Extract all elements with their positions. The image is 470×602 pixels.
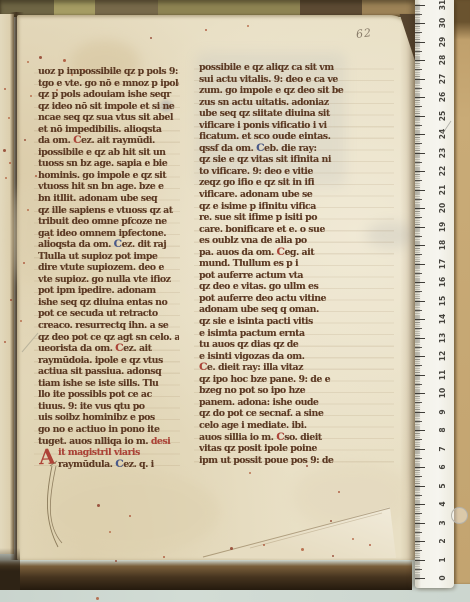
ink-speckle bbox=[306, 465, 308, 467]
ink-speckle bbox=[9, 162, 11, 164]
text-line: vificare. adonam ube se bbox=[199, 189, 349, 201]
ruler-number: 28 bbox=[436, 53, 448, 67]
ruler-cm-tick bbox=[415, 467, 425, 468]
ink-speckle bbox=[97, 504, 100, 507]
ink-text: gat ideo omnem ipfectone. bbox=[38, 228, 166, 239]
ruler-number: 6 bbox=[436, 460, 448, 474]
text-line: bn itllit. adonam ube seq bbox=[38, 193, 179, 205]
text-line: da om. Cez. ait raymūdi. bbox=[38, 135, 179, 147]
text-line: tuget. auos nlliqa io m. desi bbox=[38, 436, 179, 448]
paragraph-mark-blue: C bbox=[115, 458, 123, 470]
text-line: qz sie e qz vitas sit ifinita ni bbox=[199, 154, 349, 166]
ink-speckle bbox=[247, 25, 249, 27]
text-line: qz ille sapiens e vtuoss qz at bbox=[38, 205, 179, 217]
ink-speckle bbox=[23, 262, 25, 264]
ruler-cm-tick bbox=[415, 523, 425, 524]
ruler-cm-tick bbox=[415, 153, 425, 154]
text-line: zum. go impole e qz deo sit be bbox=[199, 85, 349, 97]
ink-text: qz ipo hoc bze pane. 9: de e bbox=[199, 374, 330, 385]
rubric-text: it magistril viaris bbox=[58, 447, 140, 458]
ink-text: qz deo pot ce qz agt sn celo. a bbox=[38, 332, 179, 343]
ruler-number: 25 bbox=[436, 109, 448, 123]
ink-speckle bbox=[71, 74, 73, 76]
ruler-number: 9 bbox=[436, 405, 448, 419]
text-line: qz deo pot ce qz agt sn celo. a bbox=[38, 332, 179, 344]
rubric-initial: A bbox=[39, 447, 56, 468]
ruler-half-cm-tick bbox=[415, 180, 422, 181]
ink-text: qz sie e qz vitas sit ifinita ni bbox=[199, 154, 331, 165]
ruler-number: 23 bbox=[436, 146, 448, 160]
ruler-half-cm-tick bbox=[415, 532, 422, 533]
text-line: alioqsta da om. Cez. dit raj bbox=[38, 239, 179, 251]
ruler-half-cm-tick bbox=[415, 550, 422, 551]
text-line: zeqz go ifio e qz sit in ifi bbox=[199, 177, 349, 189]
text-line: ube seq qz siitate diuina sit bbox=[199, 108, 349, 120]
text-line: ficatum. et sco oude eintas. bbox=[199, 131, 349, 143]
ink-text: so. dieit bbox=[284, 432, 321, 443]
text-line: qz e isime p ifinitu vifica bbox=[199, 201, 349, 213]
text-line: qssf da om. Ceb. die ray: bbox=[199, 143, 349, 155]
ruler-half-cm-tick bbox=[415, 439, 422, 440]
text-line: panem. adona: ishe oude bbox=[199, 397, 349, 409]
text-line: raymūdula. Cez. q. i bbox=[38, 459, 179, 471]
ink-text: to vificare. 9: deo e vitie bbox=[199, 166, 313, 177]
text-line: uis soibz hominibz e pos bbox=[38, 412, 179, 424]
text-line: tgo e vte. go nō e mnoz p ipole bbox=[38, 78, 179, 90]
ruler-half-cm-tick bbox=[415, 273, 422, 274]
ruler-cm-tick bbox=[415, 116, 425, 117]
board-edge bbox=[454, 0, 470, 584]
ink-speckle bbox=[27, 209, 29, 211]
text-line: e isinti vigozas da om. bbox=[199, 351, 349, 363]
ink-speckle bbox=[263, 544, 265, 546]
text-line: actiua sit passiua. adonsq bbox=[38, 366, 179, 378]
ink-text: da om. bbox=[38, 135, 73, 146]
text-line: e isimta pactum ernta bbox=[199, 328, 349, 340]
ruler-half-cm-tick bbox=[415, 143, 422, 144]
text-line: creaco. resurrectq ihn. a se bbox=[38, 320, 179, 332]
manuscript-photo: uoz p impossibile qz p pols 9:tgo e vte.… bbox=[0, 0, 470, 602]
text-line: bzeg no pot so ipo hze bbox=[199, 385, 349, 397]
ruler-cm-tick bbox=[415, 79, 425, 80]
bottom-left-shadow bbox=[0, 548, 20, 590]
text-line: raymūdoia. ipole e qz vtus bbox=[38, 355, 179, 367]
ruler-number: 29 bbox=[436, 35, 448, 49]
ink-text: llo ite possibls pot ce ac bbox=[38, 389, 152, 400]
ruler-cm-tick bbox=[415, 319, 425, 320]
ink-text: tiam ishe se iste sills. Tlu bbox=[38, 378, 158, 389]
ink-speckle bbox=[109, 531, 111, 533]
ink-text: pa. auos da om. bbox=[199, 247, 277, 258]
ink-text: sui actu vitalis. 9: deo e ca ve bbox=[199, 74, 338, 85]
paragraph-mark-red: C bbox=[115, 342, 123, 354]
text-line: adonam ube seq q oman. bbox=[199, 304, 349, 316]
text-line: qz ideo nō sit impole et si ne bbox=[38, 101, 179, 113]
ruler-cm-tick bbox=[415, 449, 425, 450]
ink-speckle bbox=[35, 175, 37, 177]
ink-speckle bbox=[20, 320, 22, 322]
ink-text: bn itllit. adonam ube seq bbox=[38, 193, 157, 204]
ruler-number: 18 bbox=[436, 238, 448, 252]
ink-speckle bbox=[205, 29, 207, 31]
ruler-number: 0 bbox=[436, 571, 448, 585]
ruler-cm-tick bbox=[415, 393, 425, 394]
ink-text: Tlulla ut supioz pot impe bbox=[38, 251, 157, 262]
text-line: tribuit deo omne pfcoze ne bbox=[38, 216, 179, 228]
ink-text: et nō impedibilis. alioqsta bbox=[38, 124, 161, 135]
parchment-stain bbox=[40, 470, 220, 555]
ink-text: qz e isime p ifinitu vifica bbox=[199, 201, 316, 212]
ink-text: uoz p impossibile qz p pols 9: bbox=[38, 66, 178, 77]
rubric-text: desi bbox=[151, 436, 170, 447]
ruler-cm-tick bbox=[415, 504, 425, 505]
right-text-column: possibile e qz aliqz ca sit vmsui actu v… bbox=[199, 62, 349, 468]
ruler-half-cm-tick bbox=[415, 88, 422, 89]
ink-text: care. bonificare et e. o sue bbox=[199, 224, 325, 235]
ink-text: bzeg no pot so ipo hze bbox=[199, 385, 305, 396]
ruler-number: 3 bbox=[436, 516, 448, 530]
ruler-cm-tick bbox=[415, 5, 425, 6]
ink-speckle bbox=[332, 555, 334, 557]
ruler-half-cm-tick bbox=[415, 569, 422, 570]
ruler-number: 24 bbox=[436, 127, 448, 141]
ink-text: panem. adona: ishe oude bbox=[199, 397, 318, 408]
ruler-cm-tick bbox=[415, 134, 425, 135]
text-line: ueorista da om. Cez. ait bbox=[38, 343, 179, 355]
ink-text: e isinti vigozas da om. bbox=[199, 351, 304, 362]
text-line: qz do pot ce secnaf. a sine bbox=[199, 408, 349, 420]
ink-text: vificare i ponis vificatio i vi bbox=[199, 120, 327, 131]
ruler-cm-tick bbox=[415, 412, 425, 413]
ruler-half-cm-tick bbox=[415, 458, 422, 459]
ink-text: pot ce secuda ut retracto bbox=[38, 308, 158, 319]
ink-text: go no e actiuo in pono ite bbox=[38, 424, 159, 435]
text-line: qz p pols adouiam ishe seqr bbox=[38, 89, 179, 101]
ruler-cm-tick bbox=[415, 208, 425, 209]
ruler-half-cm-tick bbox=[415, 217, 422, 218]
paragraph-mark-blue: C bbox=[114, 238, 122, 250]
text-line: vificare i ponis vificatio i vi bbox=[199, 120, 349, 132]
ruler-cm-tick bbox=[415, 42, 425, 43]
text-line: gat ideo omnem ipfectone. bbox=[38, 228, 179, 240]
text-line: pa. auos da om. Ceg. ait bbox=[199, 247, 349, 259]
ink-text: zus sn actu uitatis. adoniaz bbox=[199, 97, 329, 108]
ink-text: ficatum. et sco oude eintas. bbox=[199, 131, 330, 142]
ink-text: e isimta pactum ernta bbox=[199, 328, 305, 339]
ink-text: creaco. resurrectq ihn. a se bbox=[38, 320, 168, 331]
text-line: dire vtute supiozem. deo e bbox=[38, 262, 179, 274]
ink-speckle bbox=[115, 560, 117, 562]
text-line: auos sillia io m. Cso. dieit bbox=[199, 432, 349, 444]
ink-text: actiua sit passiua. adonsq bbox=[38, 366, 161, 377]
ink-text: pot auferre actum vta bbox=[199, 270, 303, 281]
ink-text: auos sillia io m. bbox=[199, 432, 276, 443]
ink-text: re. sue sit ifime p isiti po bbox=[199, 212, 317, 223]
text-line: tiam ishe se iste sills. Tlu bbox=[38, 378, 179, 390]
ruler-cm-tick bbox=[415, 356, 425, 357]
text-line: to vificare. 9: deo e vitie bbox=[199, 166, 349, 178]
ruler-number: 19 bbox=[436, 220, 448, 234]
ink-speckle bbox=[5, 177, 7, 179]
text-line: es oublz vna de alia po bbox=[199, 235, 349, 247]
text-line: hominis. go impole e qz sit bbox=[38, 170, 179, 182]
ink-text: ez. ait bbox=[123, 343, 151, 354]
ruler-number: 16 bbox=[436, 275, 448, 289]
ink-speckle bbox=[83, 69, 85, 71]
text-line: qz sie e isinta pacti vitis bbox=[199, 316, 349, 328]
ink-speckle bbox=[56, 89, 58, 91]
ruler-cm-tick bbox=[415, 541, 425, 542]
ruler-half-cm-tick bbox=[415, 236, 422, 237]
ruler-number: 2 bbox=[436, 534, 448, 548]
text-line: Tlulla ut supioz pot impe bbox=[38, 251, 179, 263]
text-line: qz ipo hoc bze pane. 9: de e bbox=[199, 374, 349, 386]
ruler-cm-tick bbox=[415, 227, 425, 228]
ink-text: raymūdoia. ipole e qz vtus bbox=[38, 355, 163, 366]
ruler-half-cm-tick bbox=[415, 328, 422, 329]
text-line: tiuus. 9: ite vus qtu po bbox=[38, 401, 179, 413]
ruler-half-cm-tick bbox=[415, 476, 422, 477]
ink-text: uis soibz hominibz e pos bbox=[38, 412, 155, 423]
paragraph-mark-red: C bbox=[73, 134, 81, 146]
ink-text: pot ipm ipedire. adonam bbox=[38, 285, 156, 296]
text-line: ipm ut possit poue pos 9: de bbox=[199, 455, 349, 467]
ink-speckle bbox=[24, 139, 26, 141]
text-line: pot auferre actum vta bbox=[199, 270, 349, 282]
ruler-cm-tick bbox=[415, 578, 425, 579]
text-line: pot ipm ipedire. adonam bbox=[38, 285, 179, 297]
ink-text: qz sie e isinta pacti vitis bbox=[199, 316, 313, 327]
ruler-cm-tick bbox=[415, 486, 425, 487]
text-line: re. sue sit ifime p isiti po bbox=[199, 212, 349, 224]
text-line: uoz p impossibile qz p pols 9: bbox=[38, 66, 179, 78]
paragraph-mark-blue: C bbox=[256, 142, 264, 154]
ink-text: tgo e vte. go nō e mnoz p ipole bbox=[38, 78, 179, 89]
text-line: pot ce secuda ut retracto bbox=[38, 308, 179, 320]
ruler-number: 21 bbox=[436, 183, 448, 197]
ink-text: hominis. go impole e qz sit bbox=[38, 170, 166, 181]
ruler-half-cm-tick bbox=[415, 125, 422, 126]
ruler-number: 11 bbox=[436, 368, 448, 382]
ink-text: tuget. auos nlliqa io m. bbox=[38, 436, 151, 447]
ink-text: tribuit deo omne pfcoze ne bbox=[38, 216, 167, 227]
ruler-number: 5 bbox=[436, 479, 448, 493]
ruler-cm-tick bbox=[415, 245, 425, 246]
ink-speckle bbox=[8, 117, 10, 119]
ruler-number: 8 bbox=[436, 423, 448, 437]
text-line: llo ite possibls pot ce ac bbox=[38, 389, 179, 401]
ink-text: es oublz vna de alia po bbox=[199, 235, 307, 246]
ink-speckle bbox=[163, 556, 165, 558]
ink-text: raymūdula. bbox=[58, 459, 115, 470]
text-line: celo age i mediate. ibi. bbox=[199, 420, 349, 432]
ink-text: tu auos qz dias qz de bbox=[199, 339, 298, 350]
text-line: tu auos qz dias qz de bbox=[199, 339, 349, 351]
ink-text: tuoss sn bz age. sapia e bie bbox=[38, 158, 167, 169]
ink-text: ishe seq qz diuina entas no bbox=[38, 297, 167, 308]
ink-speckle bbox=[369, 544, 371, 546]
ink-text: qz deo e vitas. go ullm es bbox=[199, 281, 318, 292]
ink-text: ipm ut possit poue pos 9: de bbox=[199, 455, 333, 466]
ink-text: adonam ube seq q oman. bbox=[199, 304, 319, 315]
ink-text: pot auferre deo actu vitine bbox=[199, 293, 326, 304]
ruler-cm-tick bbox=[415, 560, 425, 561]
ruler-number: 31 bbox=[436, 0, 448, 12]
ink-text: possibile e qz aliqz ca sit vm bbox=[199, 62, 334, 73]
ink-speckle bbox=[230, 547, 233, 550]
ruler-number: 1 bbox=[436, 553, 448, 567]
ruler-cm-tick bbox=[415, 338, 425, 339]
ink-speckle bbox=[301, 548, 304, 551]
ink-text: qssf da om. bbox=[199, 143, 256, 154]
ink-speckle bbox=[352, 538, 354, 540]
ruler-number: 22 bbox=[436, 164, 448, 178]
ink-speckle bbox=[48, 237, 50, 239]
text-line: vitas qz posit ipole poine bbox=[199, 443, 349, 455]
ink-text: zeqz go ifio e qz sit in ifi bbox=[199, 177, 314, 188]
text-line: mund. Tlullum es p i bbox=[199, 258, 349, 270]
ruler-number: 12 bbox=[436, 349, 448, 363]
ruler-half-cm-tick bbox=[415, 421, 422, 422]
ruler-half-cm-tick bbox=[415, 513, 422, 514]
ruler-number: 13 bbox=[436, 331, 448, 345]
ruler-half-cm-tick bbox=[415, 365, 422, 366]
ink-text: e. dieit ray: illa vitaz bbox=[207, 362, 303, 373]
text-line: sui actu vitalis. 9: deo e ca ve bbox=[199, 74, 349, 86]
ink-speckle bbox=[39, 56, 42, 59]
text-line: et nō impedibilis. alioqsta bbox=[38, 124, 179, 136]
ruler-half-cm-tick bbox=[415, 495, 422, 496]
ink-text: ez. ait raymūdi. bbox=[81, 135, 155, 146]
ink-text: celo age i mediate. ibi. bbox=[199, 420, 306, 431]
ink-speckle bbox=[129, 515, 131, 517]
text-line: pot auferre deo actu vitine bbox=[199, 293, 349, 305]
text-line: go no e actiuo in pono ite bbox=[38, 424, 179, 436]
text-line: vte supioz. go nulla vte ifioz bbox=[38, 274, 179, 286]
ruler-half-cm-tick bbox=[415, 384, 422, 385]
left-text-column: uoz p impossibile qz p pols 9:tgo e vte.… bbox=[38, 66, 179, 472]
ink-text: ueorista da om. bbox=[38, 343, 115, 354]
ruler-cm-tick bbox=[415, 375, 425, 376]
ink-text: ncae seq qz sua vtus sit abel bbox=[38, 112, 173, 123]
ink-text: ipossibile e qz ab hit sit un bbox=[38, 147, 165, 158]
text-line: tuoss sn bz age. sapia e bie bbox=[38, 158, 179, 170]
ink-speckle bbox=[10, 299, 12, 301]
ink-speckle bbox=[30, 95, 32, 97]
ruler-half-cm-tick bbox=[415, 254, 422, 255]
ink-text: mund. Tlullum es p i bbox=[199, 258, 298, 269]
ruler-cm-tick bbox=[415, 190, 425, 191]
paragraph-mark-red: C bbox=[199, 361, 207, 373]
ink-text: alioqsta da om. bbox=[38, 239, 114, 250]
ruler-half-cm-tick bbox=[415, 402, 422, 403]
ruler-number: 15 bbox=[436, 294, 448, 308]
ruler-number: 27 bbox=[436, 72, 448, 86]
ink-text: qz p pols adouiam ishe seqr bbox=[38, 89, 171, 100]
ruler-number: 14 bbox=[436, 312, 448, 326]
ink-speckle bbox=[3, 149, 6, 152]
ruler-half-cm-tick bbox=[415, 310, 422, 311]
ruler-half-cm-tick bbox=[415, 32, 422, 33]
text-line: possibile e qz aliqz ca sit vm bbox=[199, 62, 349, 74]
ruler-half-cm-tick bbox=[415, 199, 422, 200]
ink-text: ez. q. i bbox=[123, 459, 154, 470]
ruler-number: 26 bbox=[436, 90, 448, 104]
ruler-cm-tick bbox=[415, 282, 425, 283]
ruler-half-cm-tick bbox=[415, 291, 422, 292]
ink-text: ube seq qz siitate diuina sit bbox=[199, 108, 330, 119]
ink-speckle bbox=[4, 88, 6, 90]
ruler-half-cm-tick bbox=[415, 347, 422, 348]
ink-speckle bbox=[27, 61, 29, 63]
ruler-half-cm-tick bbox=[415, 51, 422, 52]
ruler-logo-circle bbox=[451, 507, 468, 524]
ink-speckle bbox=[150, 37, 152, 39]
ink-text: tiuus. 9: ite vus qtu po bbox=[38, 401, 145, 412]
ink-speckle bbox=[338, 491, 340, 493]
ink-speckle bbox=[330, 520, 332, 522]
ruler-half-cm-tick bbox=[415, 106, 422, 107]
ink-text: vitas qz posit ipole poine bbox=[199, 443, 317, 454]
ink-text: vificare. adonam ube se bbox=[199, 189, 312, 200]
ruler-cm-tick bbox=[415, 23, 425, 24]
ink-text: eg. ait bbox=[284, 247, 314, 258]
ruler-cm-tick bbox=[415, 171, 425, 172]
ruler-number: 10 bbox=[436, 386, 448, 400]
paragraph-mark-red: C bbox=[276, 431, 284, 443]
ink-text: qz ille sapiens e vtuoss qz at bbox=[38, 205, 173, 216]
ink-speckle bbox=[4, 341, 6, 343]
text-line: Ce. dieit ray: illa vitaz bbox=[199, 362, 349, 374]
text-line: ncae seq qz sua vtus sit abel bbox=[38, 112, 179, 124]
ink-text: zum. go impole e qz deo sit be bbox=[199, 85, 343, 96]
ink-text: vte supioz. go nulla vte ifioz bbox=[38, 274, 171, 285]
ruler-cm-tick bbox=[415, 264, 425, 265]
ink-speckle bbox=[249, 472, 251, 474]
ruler-cm-tick bbox=[415, 301, 425, 302]
text-line: qz deo e vitas. go ullm es bbox=[199, 281, 349, 293]
ink-text: dire vtute supiozem. deo e bbox=[38, 262, 164, 273]
ruler-cm-tick bbox=[415, 60, 425, 61]
ruler-number: 7 bbox=[436, 442, 448, 456]
ruler-number: 20 bbox=[436, 201, 448, 215]
ink-speckle bbox=[96, 597, 99, 600]
text-line: care. bonificare et e. o sue bbox=[199, 224, 349, 236]
folio-number: 62 bbox=[355, 26, 372, 41]
text-line: ishe seq qz diuina entas no bbox=[38, 297, 179, 309]
ink-text: qz ideo nō sit impole et si ne bbox=[38, 101, 174, 112]
ruler-cm-tick bbox=[415, 430, 425, 431]
book-bottom-edge bbox=[0, 556, 412, 590]
ruler-half-cm-tick bbox=[415, 162, 422, 163]
text-line: zus sn actu uitatis. adoniaz bbox=[199, 97, 349, 109]
ink-text: ez. dit raj bbox=[122, 239, 167, 250]
ink-text: vtuoss hit sn bn age. bze e bbox=[38, 181, 164, 192]
ink-text: eb. die ray: bbox=[264, 143, 316, 154]
ink-text: qz do pot ce secnaf. a sine bbox=[199, 408, 323, 419]
text-line: it magistril viaris bbox=[38, 447, 179, 459]
ruler-number: 17 bbox=[436, 257, 448, 271]
ruler-number: 4 bbox=[436, 497, 448, 511]
text-line: vtuoss hit sn bn age. bze e bbox=[38, 181, 179, 193]
ink-speckle bbox=[63, 59, 66, 62]
text-line: ipossibile e qz ab hit sit un bbox=[38, 147, 179, 159]
ruler-number: 30 bbox=[436, 16, 448, 30]
ruler-cm-tick bbox=[415, 97, 425, 98]
ruler-half-cm-tick bbox=[415, 14, 422, 15]
ruler: 0123456789101112131415161718192021222324… bbox=[415, 0, 454, 588]
ruler-half-cm-tick bbox=[415, 69, 422, 70]
